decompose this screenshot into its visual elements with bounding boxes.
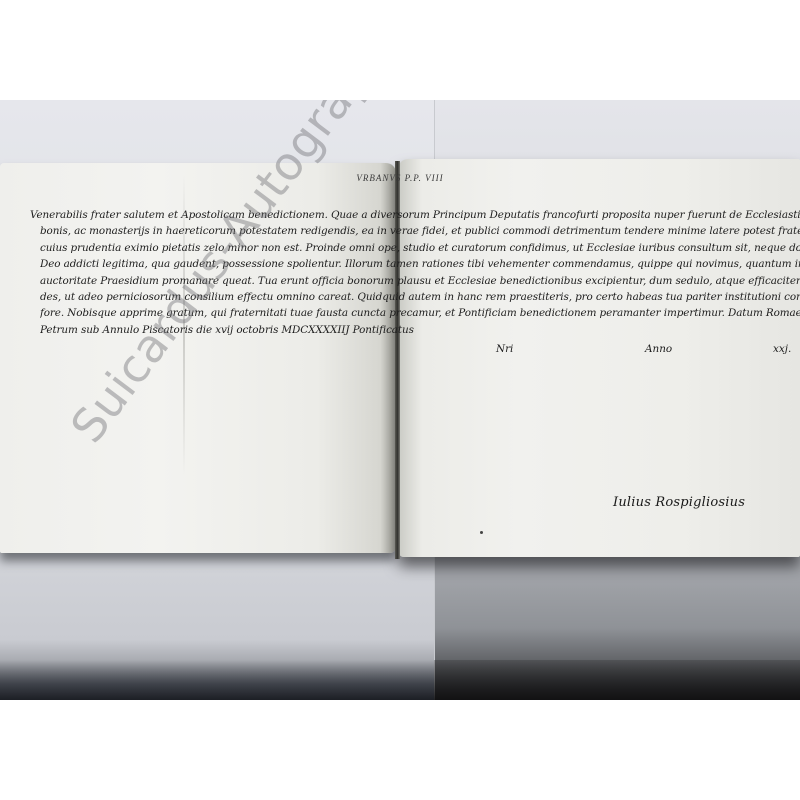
papal-brief-letter: VRBANVS P.P. VIII Venerabilis frater sal… [0, 155, 800, 555]
body-line: des, ut adeo perniciosorum consilium eff… [40, 289, 800, 305]
date-line: Nri Anno xxj. [0, 343, 800, 363]
ink-speck [480, 531, 483, 534]
body-line: auctoritate Praesidium promanare queat. … [40, 273, 800, 289]
image-canvas: VRBANVS P.P. VIII Venerabilis frater sal… [0, 0, 800, 800]
date-year: xxj. [773, 343, 791, 355]
body-line: cuius prudentia eximio pietatis zelo min… [40, 240, 800, 256]
body-line: Deo addicti legitima, qua gaudent, posse… [40, 256, 800, 272]
letter-body: Venerabilis frater salutem et Apostolica… [40, 207, 800, 338]
document-photo: VRBANVS P.P. VIII Venerabilis frater sal… [0, 100, 800, 700]
signature: Iulius Rospigliosius [613, 495, 745, 510]
date-nri: Nri [496, 343, 513, 355]
body-line: Petrum sub Annulo Piscatoris die xvij oc… [40, 322, 800, 338]
body-line: Venerabilis frater salutem et Apostolica… [30, 207, 800, 223]
date-anno: Anno [645, 343, 672, 355]
shadow-bottom-left [0, 660, 434, 700]
body-line: fore. Nobisque apprime gratum, qui frate… [40, 305, 800, 321]
body-line: bonis, ac monasterijs in haereticorum po… [40, 223, 800, 239]
letter-header: VRBANVS P.P. VIII [0, 173, 800, 183]
shadow-bottom-right [434, 660, 800, 700]
